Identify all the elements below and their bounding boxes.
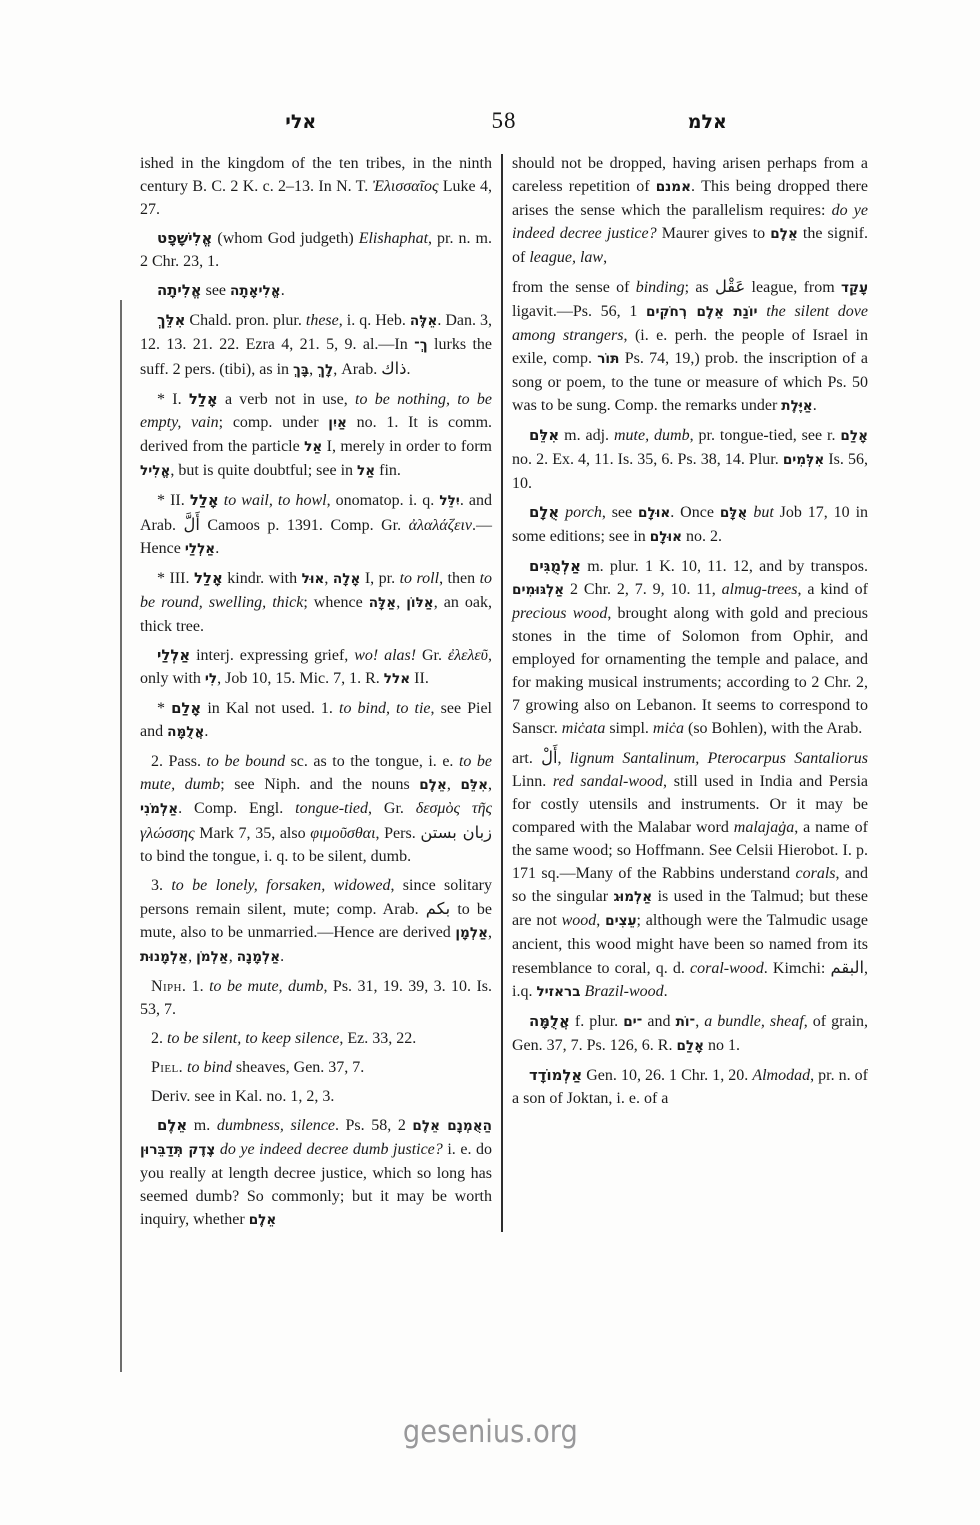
entry-almuggim: אַלְמֻגִּים m. plur. 1 K. 10, 11. 12, an… (512, 555, 868, 740)
entry-alummah: אֲלֻמָּה f. plur. ־ים and ־וֹת, a bundle… (512, 1010, 868, 1058)
entry-alam-sense-3: 3. to be lonely, forsaken, widowed, sinc… (140, 874, 492, 969)
entry-elisha-continuation: ished in the kingdom of the ten tribes, … (140, 152, 492, 221)
entry-elem-continuation-1: should not be dropped, having arisen per… (512, 152, 868, 269)
header-catchword-left: אלי (140, 111, 462, 133)
entry-elishaphat: אֱלִישָׁפָט (whom God judgeth) Elishapha… (140, 227, 492, 273)
watermark-text: gesenius.org (403, 1414, 578, 1450)
entry-illek-chald: אִלֵּךְ Chald. pron. plur. these, i. q. … (140, 309, 492, 382)
entry-alal-ii: * II. אָלַל to wail, to howl, onomatop. … (140, 489, 492, 561)
page-header: אלי 58 אלמ (140, 108, 868, 134)
entry-alal-i: * I. אָלַל a verb not in use, to be noth… (140, 388, 492, 483)
column-divider-rule (501, 154, 503, 1232)
text-block: ished in the kingdom of the ten tribes, … (140, 152, 868, 1232)
entry-elithah: אֱלִיתָה see אֱלִיאָתָה. (140, 279, 492, 303)
entry-alam-deriv: Deriv. see in Kal. no. 1, 2, 3. (140, 1085, 492, 1108)
entry-alam-piel: Piel. to bind sheaves, Gen. 37, 7. (140, 1056, 492, 1079)
entry-almuggim-continuation: art. أَلْ, lignum Santalinum, Pterocarpu… (512, 746, 868, 1004)
entry-alam-sense-2: 2. Pass. to be bound sc. as to the tongu… (140, 750, 492, 868)
entry-elem-noun: אֵלֶם m. dumbness, silence. Ps. 58, 2 הַ… (140, 1114, 492, 1232)
page-number: 58 (462, 108, 547, 134)
entry-ulam-porch: אֻלָם porch, see אוּלָם. Once אֻלָּם but… (512, 501, 868, 549)
entry-alam-kal: * אָלַם in Kal not used. 1. to bind, to … (140, 697, 492, 744)
entry-almodad: אַלְמוֹדָד Gen. 10, 26. 1 Chr. 1, 20. Al… (512, 1064, 868, 1110)
entry-alam-niphal-2: 2. to be silent, to keep silence, Ez. 33… (140, 1027, 492, 1050)
book-page: אלי 58 אלמ ished in the kingdom of the t… (0, 0, 980, 1525)
watermark: gesenius.org (0, 1414, 980, 1450)
entry-illem-adjective: אִלֵּם m. adj. mute, dumb, pr. tongue-ti… (512, 424, 868, 495)
right-column: should not be dropped, having arisen per… (512, 152, 868, 1232)
entry-alal-iii: * III. אָלַל kindr. with אוּל, אָלָה I, … (140, 567, 492, 638)
entry-allai: אַלְלַי interj. expressing grief, wo! al… (140, 644, 492, 691)
entry-elem-continuation-2: from the sense of binding; as عَقْل leag… (512, 275, 868, 418)
header-catchword-right: אלמ (547, 111, 869, 133)
left-column: ished in the kingdom of the ten tribes, … (140, 152, 492, 1232)
entry-alam-niphal-1: Niph. 1. to be mute, dumb, Ps. 31, 19. 3… (140, 975, 492, 1021)
scan-artifact-line (120, 300, 122, 1372)
